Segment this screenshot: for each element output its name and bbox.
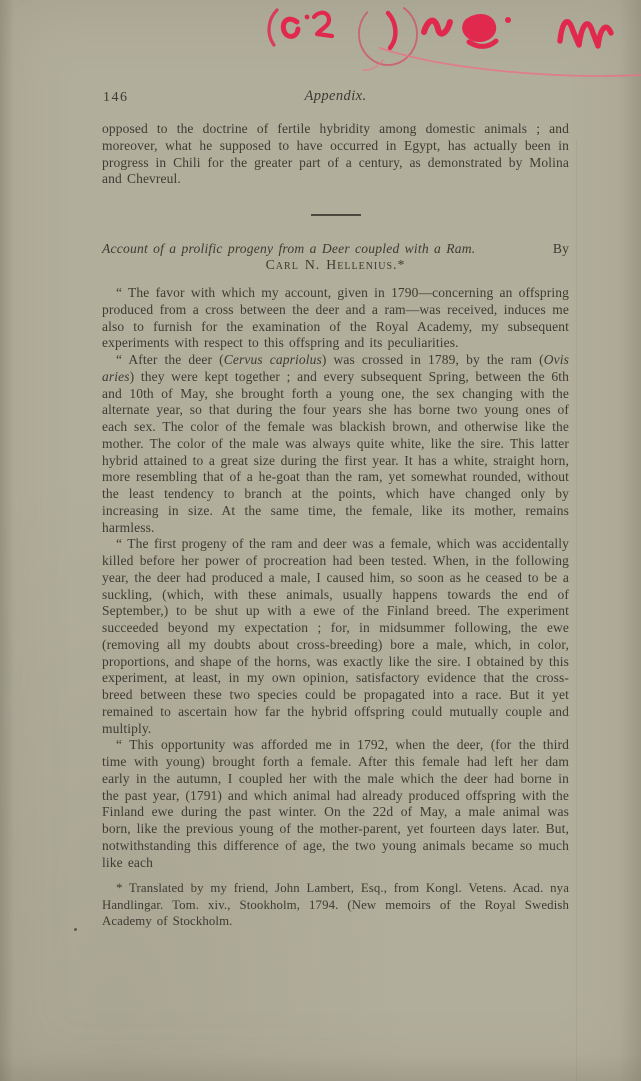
footnote: * Translated by my friend, John Lambert,…: [102, 880, 569, 930]
running-head: Appendix.: [102, 88, 569, 105]
ink-speck: [74, 928, 77, 931]
section-divider-rule: [311, 214, 361, 216]
red-ink-annotation: [240, 0, 641, 100]
paragraph-body-1: “ The favor with which my account, given…: [102, 285, 569, 352]
section-author: Carl N. Hellenius.*: [102, 257, 569, 274]
paragraph-intro: opposed to the doctrine of fertile hybri…: [102, 121, 569, 188]
section-title: Account of a prolific progeny from a Dee…: [102, 241, 475, 258]
book-page-scan: 146 Appendix. opposed to the doctrine of…: [0, 0, 641, 1081]
paragraph-body-3: “ The first progeny of the ram and deer …: [102, 536, 569, 737]
paragraph-body-2: “ After the deer (Cervus capriolus) was …: [102, 352, 569, 536]
paragraph-body-4: “ This opportunity was afforded me in 17…: [102, 737, 569, 871]
paper-crease: [576, 140, 577, 1081]
section-heading: Account of a prolific progeny from a Dee…: [102, 241, 569, 275]
section-title-by: By: [545, 241, 569, 258]
text-column: opposed to the doctrine of fertile hybri…: [102, 121, 569, 930]
